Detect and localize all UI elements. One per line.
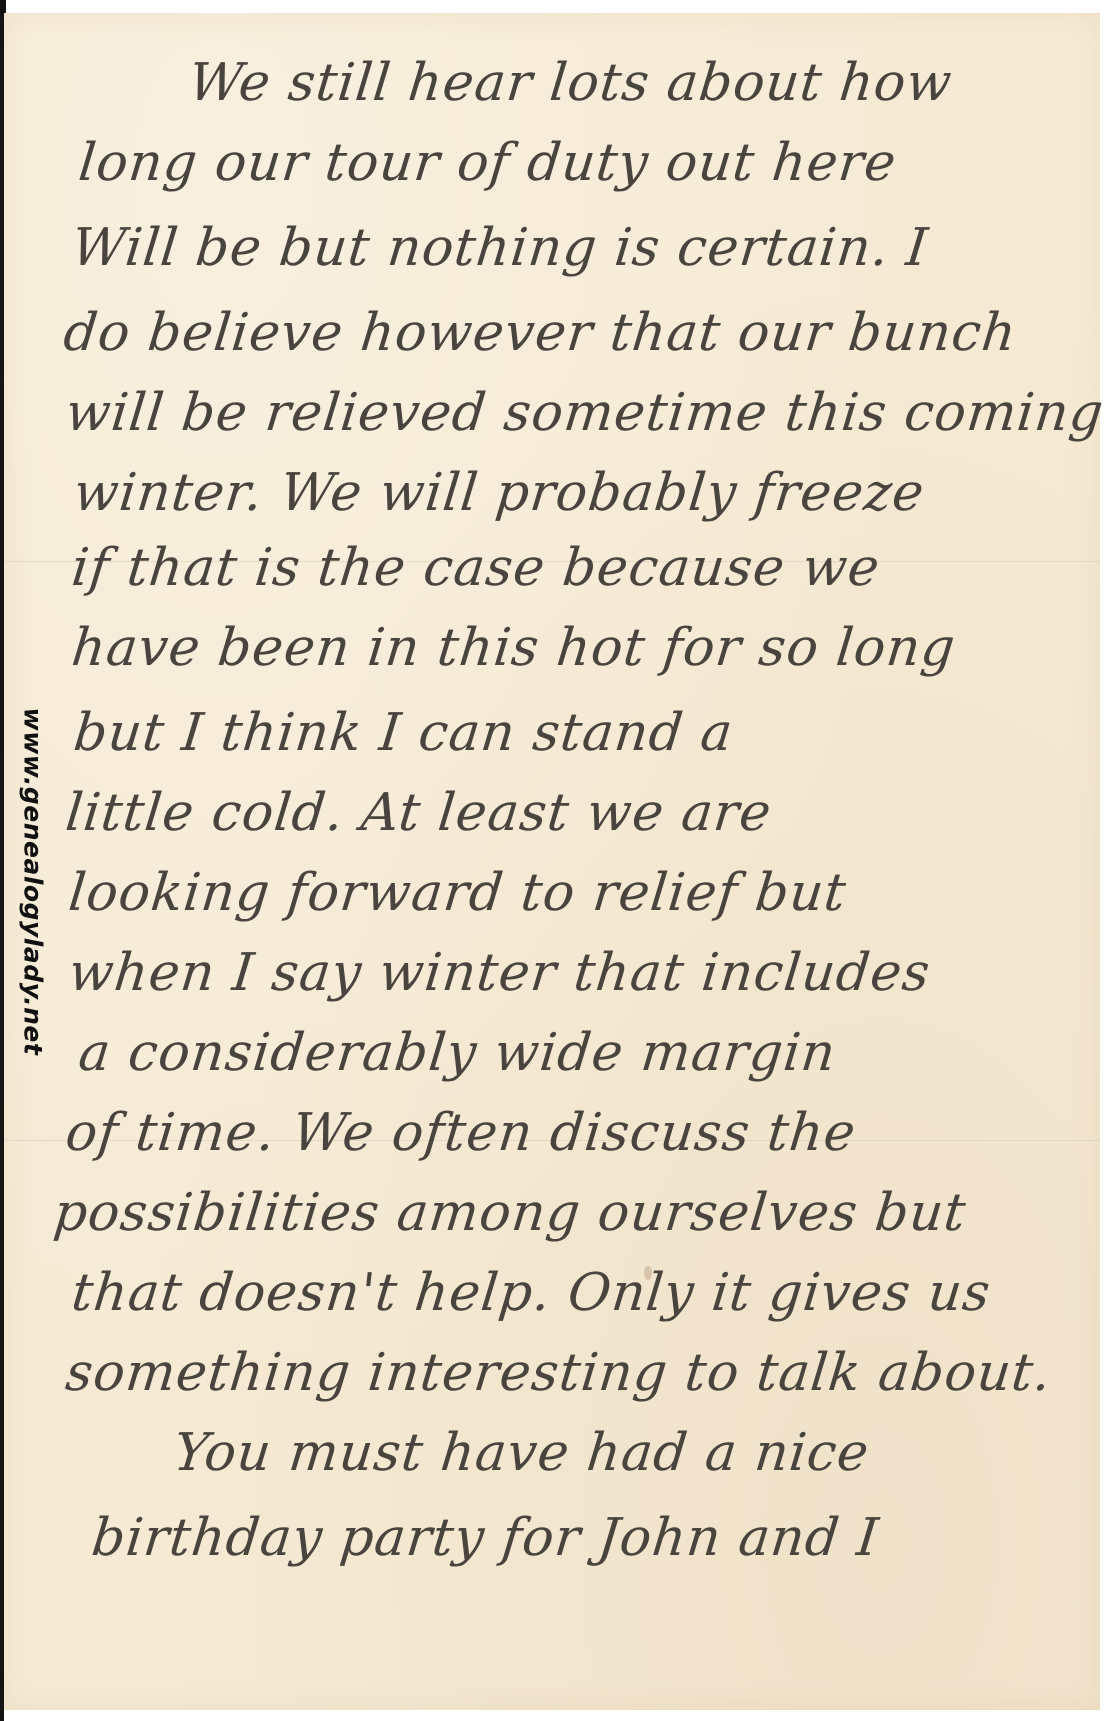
letter-line: when I say winter that includes (66, 943, 933, 1003)
letter-line: of time. We often discuss the (63, 1103, 859, 1163)
letter-line: that doesn't help. Only it gives us (69, 1263, 994, 1323)
letter-line: have been in this hot for so long (69, 618, 959, 678)
letter-page: www.genealogylady.net We still hear lots… (4, 13, 1100, 1710)
scan-border-top (0, 0, 6, 14)
letter-line: looking forward to relief but (66, 863, 849, 923)
letter-line: if that is the case because we (69, 538, 883, 598)
letter-line: We still hear lots about how (186, 53, 955, 113)
letter-line: You must have had a nice (171, 1423, 872, 1483)
letter-line: do believe however that our bunch (61, 303, 1020, 363)
letter-line: will be relieved sometime this coming (63, 383, 1107, 443)
letter-line: birthday party for John and I (89, 1508, 882, 1568)
letter-line: Will be but nothing is certain. I (69, 218, 931, 278)
letter-line: winter. We will probably freeze (71, 463, 928, 523)
letter-line: long our tour of duty out here (76, 133, 900, 193)
watermark: www.genealogylady.net (20, 696, 46, 1066)
watermark-text: www.genealogylady.net (19, 707, 48, 1055)
letter-line: something interesting to talk about. (63, 1343, 1054, 1403)
letter-line: little cold. At least we are (63, 783, 775, 843)
letter-line: a considerably wide margin (76, 1023, 839, 1083)
letter-line: possibilities among ourselves but (51, 1183, 969, 1243)
letter-line: but I think I can stand a (71, 703, 736, 763)
